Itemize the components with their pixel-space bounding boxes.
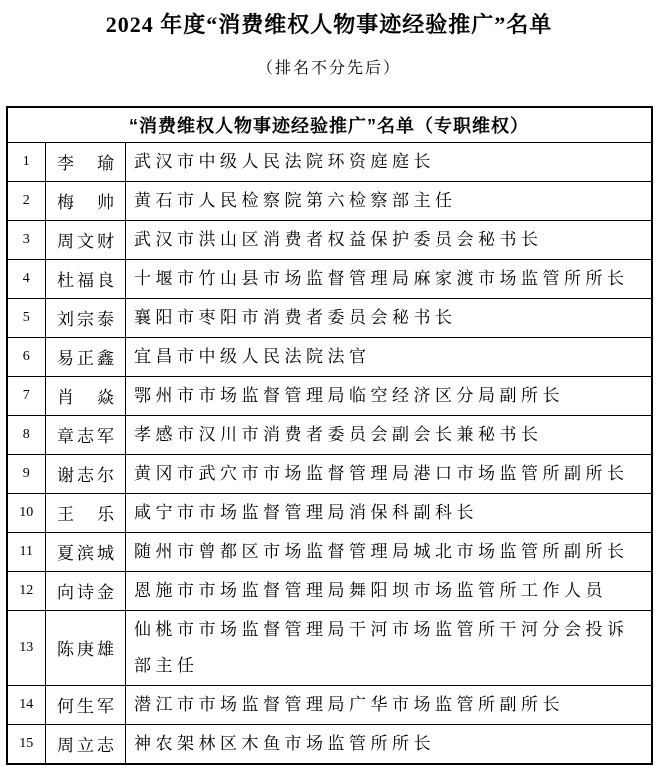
- row-number-cell: 5: [7, 298, 46, 337]
- name-cell: 何生军: [46, 685, 126, 724]
- row-number-cell: 3: [7, 220, 46, 259]
- position-cell: 随州市曾都区市场监督管理局城北市场监管所副所长: [126, 532, 652, 571]
- page-title: 2024 年度“消费维权人物事迹经验推广”名单: [6, 10, 652, 40]
- position-cell: 十堰市竹山县市场监督管理局麻家渡市场监管所所长: [126, 259, 652, 298]
- table-row: 13 陈庚雄 仙桃市市场监督管理局干河市场监管所干河分会投诉部主任: [7, 610, 652, 685]
- name-cell: 王 乐: [46, 493, 126, 532]
- table-row: 11 夏滨城 随州市曾都区市场监督管理局城北市场监管所副所长: [7, 532, 652, 571]
- position-cell: 黄石市人民检察院第六检察部主任: [126, 181, 652, 220]
- position-cell: 武汉市中级人民法院环资庭庭长: [126, 142, 652, 181]
- row-number-cell: 9: [7, 454, 46, 493]
- row-number-cell: 13: [7, 610, 46, 685]
- table-header: “消费维权人物事迹经验推广”名单（专职维权）: [7, 107, 652, 142]
- name-cell: 易正鑫: [46, 337, 126, 376]
- table-row: 3 周文财 武汉市洪山区消费者权益保护委员会秘书长: [7, 220, 652, 259]
- row-number-cell: 2: [7, 181, 46, 220]
- row-number-cell: 12: [7, 571, 46, 610]
- position-cell: 黄冈市武穴市市场监督管理局港口市场监管所副所长: [126, 454, 652, 493]
- row-number-cell: 1: [7, 142, 46, 181]
- row-number-cell: 4: [7, 259, 46, 298]
- position-cell: 恩施市市场监督管理局舞阳坝市场监管所工作人员: [126, 571, 652, 610]
- name-cell: 肖 焱: [46, 376, 126, 415]
- name-cell: 周文财: [46, 220, 126, 259]
- name-cell: 周立志: [46, 724, 126, 764]
- row-number-cell: 6: [7, 337, 46, 376]
- table-row: 8 章志军 孝感市汉川市消费者委员会副会长兼秘书长: [7, 415, 652, 454]
- table-row: 15 周立志 神农架林区木鱼市场监管所所长: [7, 724, 652, 764]
- position-cell: 武汉市洪山区消费者权益保护委员会秘书长: [126, 220, 652, 259]
- row-number-cell: 8: [7, 415, 46, 454]
- table-row: 5 刘宗泰 襄阳市枣阳市消费者委员会秘书长: [7, 298, 652, 337]
- position-cell: 宜昌市中级人民法院法官: [126, 337, 652, 376]
- table-row: 1 李 瑜 武汉市中级人民法院环资庭庭长: [7, 142, 652, 181]
- table-row: 12 向诗金 恩施市市场监督管理局舞阳坝市场监管所工作人员: [7, 571, 652, 610]
- table-row: 4 杜福良 十堰市竹山县市场监督管理局麻家渡市场监管所所长: [7, 259, 652, 298]
- table-row: 7 肖 焱 鄂州市市场监督管理局临空经济区分局副所长: [7, 376, 652, 415]
- page-subtitle: （排名不分先后）: [0, 58, 658, 80]
- name-cell: 谢志尔: [46, 454, 126, 493]
- table-row: 14 何生军 潜江市市场监督管理局广华市场监管所副所长: [7, 685, 652, 724]
- name-cell: 陈庚雄: [46, 610, 126, 685]
- position-cell: 咸宁市市场监督管理局消保科副科长: [126, 493, 652, 532]
- name-cell: 章志军: [46, 415, 126, 454]
- position-cell: 鄂州市市场监督管理局临空经济区分局副所长: [126, 376, 652, 415]
- table-row: 2 梅 帅 黄石市人民检察院第六检察部主任: [7, 181, 652, 220]
- name-cell: 向诗金: [46, 571, 126, 610]
- row-number-cell: 10: [7, 493, 46, 532]
- row-number-cell: 11: [7, 532, 46, 571]
- roster-table: “消费维权人物事迹经验推广”名单（专职维权） 1 李 瑜 武汉市中级人民法院环资…: [6, 106, 653, 765]
- table-row: 10 王 乐 咸宁市市场监督管理局消保科副科长: [7, 493, 652, 532]
- row-number-cell: 15: [7, 724, 46, 764]
- position-cell: 神农架林区木鱼市场监管所所长: [126, 724, 652, 764]
- name-cell: 杜福良: [46, 259, 126, 298]
- name-cell: 刘宗泰: [46, 298, 126, 337]
- roster-body: 1 李 瑜 武汉市中级人民法院环资庭庭长 2 梅 帅 黄石市人民检察院第六检察部…: [7, 142, 652, 764]
- name-cell: 李 瑜: [46, 142, 126, 181]
- position-cell: 孝感市汉川市消费者委员会副会长兼秘书长: [126, 415, 652, 454]
- table-row: 6 易正鑫 宜昌市中级人民法院法官: [7, 337, 652, 376]
- name-cell: 夏滨城: [46, 532, 126, 571]
- position-cell: 襄阳市枣阳市消费者委员会秘书长: [126, 298, 652, 337]
- table-header-row: “消费维权人物事迹经验推广”名单（专职维权）: [7, 107, 652, 142]
- document-page: { "document": { "title": "2024 年度“消费维权人物…: [0, 0, 658, 776]
- position-cell: 仙桃市市场监督管理局干河市场监管所干河分会投诉部主任: [126, 610, 652, 685]
- row-number-cell: 7: [7, 376, 46, 415]
- row-number-cell: 14: [7, 685, 46, 724]
- name-cell: 梅 帅: [46, 181, 126, 220]
- position-cell: 潜江市市场监督管理局广华市场监管所副所长: [126, 685, 652, 724]
- table-row: 9 谢志尔 黄冈市武穴市市场监督管理局港口市场监管所副所长: [7, 454, 652, 493]
